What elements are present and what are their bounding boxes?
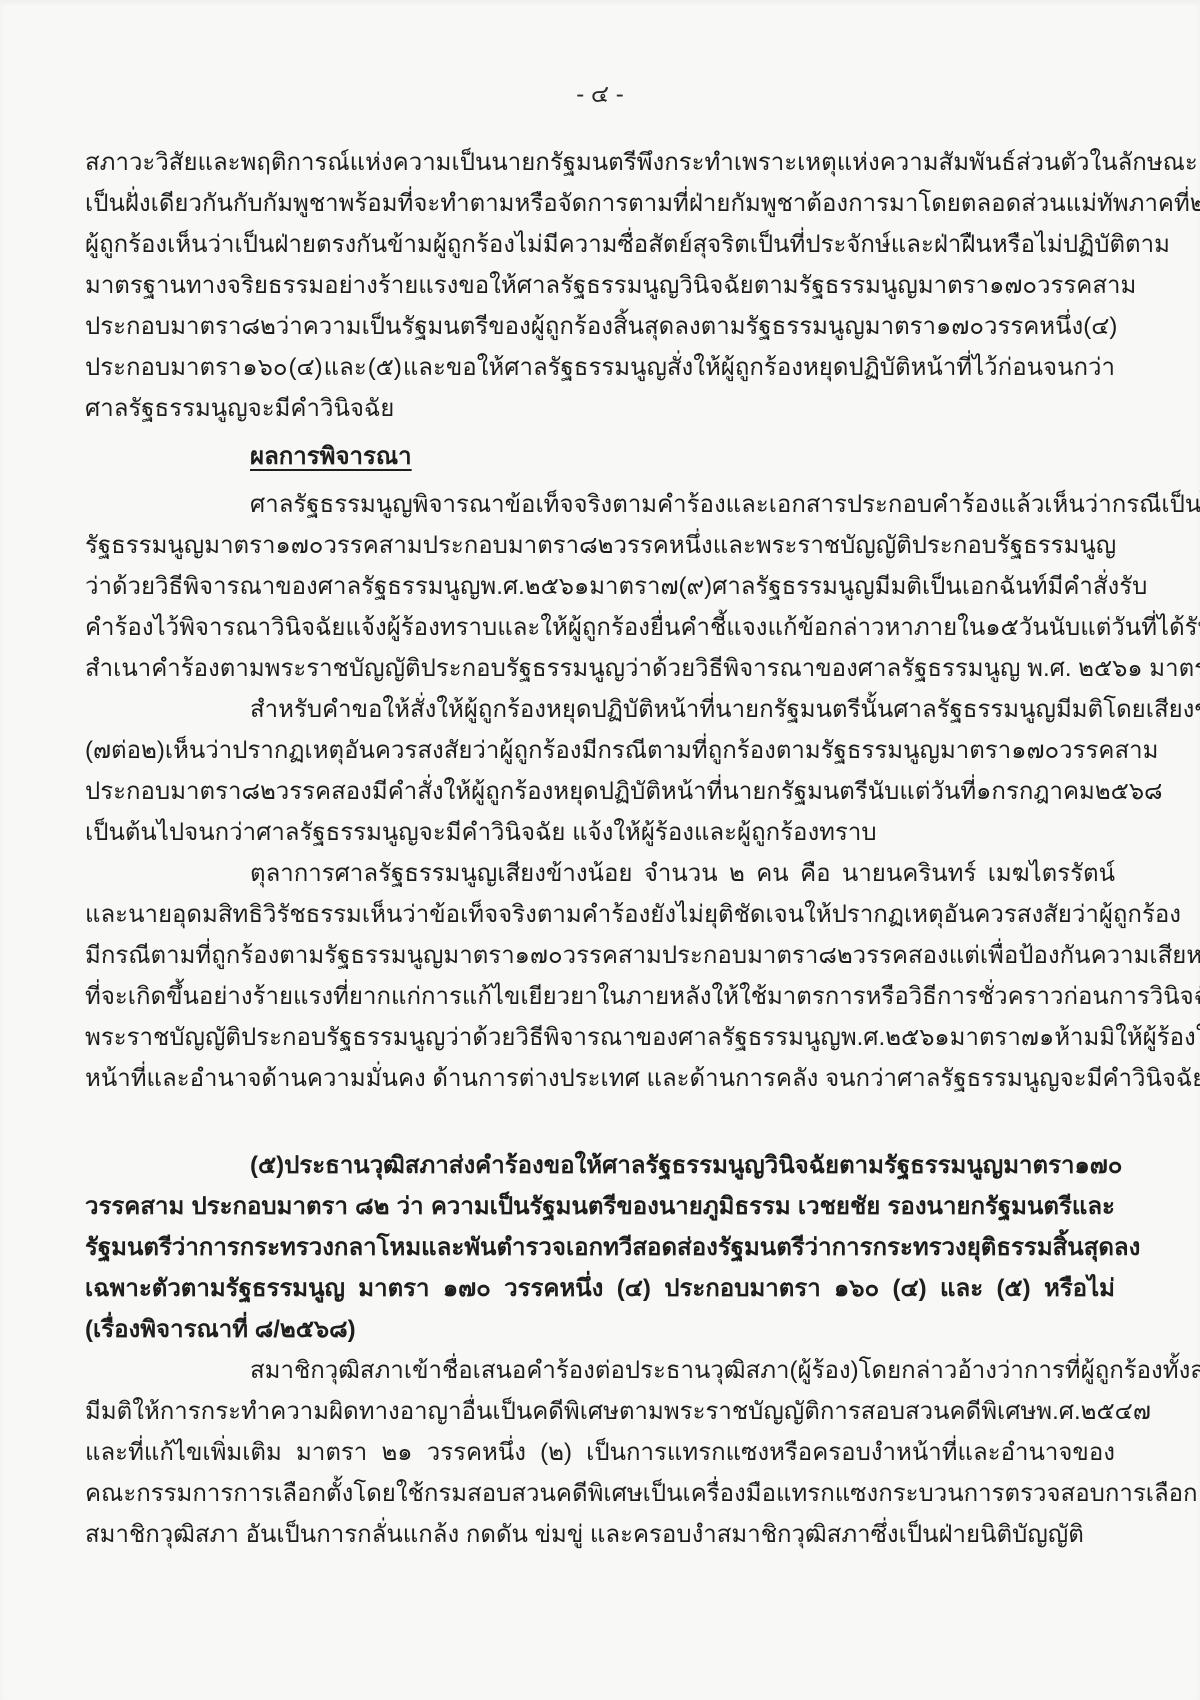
paragraph-consideration-line-1: ศาลรัฐธรรมนูญพิจารณาข้อเท็จจริงตามคำร้อง…	[85, 484, 1115, 525]
paragraph-consideration-line-2: รัฐธรรมนูญมาตรา๑๗๐วรรคสามประกอบมาตรา๘๒วร…	[85, 525, 1115, 566]
paragraph-minority-opinion-line-2: และนายอุดมสิทธิวิรัชธรรมเห็นว่าข้อเท็จจร…	[85, 894, 1115, 935]
paragraph-case-5-line-1: (๕)ประธานวุฒิสภาส่งคำร้องขอให้ศาลรัฐธรรม…	[85, 1145, 1115, 1186]
result-heading: ผลการพิจารณา	[250, 436, 1115, 477]
paragraph-suspension-order-line-2: (๗ต่อ๒)เห็นว่าปรากฏเหตุอันควรสงสัยว่าผู้…	[85, 730, 1115, 771]
page-number: - ๔ -	[85, 78, 1115, 112]
paragraph-continuation-line-6: ประกอบมาตรา๑๖๐(๔)และ(๕)และขอให้ศาลรัฐธรร…	[85, 347, 1115, 388]
paragraph-case-5: (๕)ประธานวุฒิสภาส่งคำร้องขอให้ศาลรัฐธรรม…	[85, 1145, 1115, 1350]
paragraph-senators-petition-line-5: สมาชิกวุฒิสภา อันเป็นการกลั่นแกล้ง กดดัน…	[85, 1514, 1115, 1555]
paragraph-minority-opinion-line-6: หน้าที่และอำนาจด้านความมั่นคง ด้านการต่า…	[85, 1058, 1115, 1099]
paragraph-consideration-line-4: คำร้องไว้พิจารณาวินิจฉัยแจ้งผู้ร้องทราบแ…	[85, 607, 1115, 648]
scanned-document-page: - ๔ - สภาวะวิสัยและพฤติการณ์แห่งความเป็น…	[0, 0, 1200, 1700]
paragraph-minority-opinion-line-4: ที่จะเกิดขึ้นอย่างร้ายแรงที่ยากแก่การแก้…	[85, 976, 1115, 1017]
paragraph-case-5-line-2: วรรคสามประกอบมาตรา๘๒ว่าความเป็นรัฐมนตรีข…	[85, 1186, 1115, 1227]
paragraph-senators-petition-line-2: มีมติให้การกระทำความผิดทางอาญาอื่นเป็นคด…	[85, 1391, 1115, 1432]
paragraph-continuation: สภาวะวิสัยและพฤติการณ์แห่งความเป็นนายกรั…	[85, 142, 1115, 429]
document-body: สภาวะวิสัยและพฤติการณ์แห่งความเป็นนายกรั…	[85, 142, 1115, 1555]
paragraph-senators-petition-line-1: สมาชิกวุฒิสภาเข้าชื่อเสนอคำร้องต่อประธาน…	[85, 1350, 1115, 1391]
paragraph-suspension-order: สำหรับคำขอให้สั่งให้ผู้ถูกร้องหยุดปฏิบัต…	[85, 689, 1115, 853]
paragraph-consideration-line-3: ว่าด้วยวิธีพิจารณาของศาลรัฐธรรมนูญพ.ศ.๒๕…	[85, 566, 1115, 607]
paragraph-consideration-line-5: สำเนาคำร้องตามพระราชบัญญัติประกอบรัฐธรรม…	[85, 648, 1115, 689]
paragraph-senators-petition: สมาชิกวุฒิสภาเข้าชื่อเสนอคำร้องต่อประธาน…	[85, 1350, 1115, 1555]
paragraph-case-5-line-5: (เรื่องพิจารณาที่ ๘/๒๕๖๘)	[85, 1309, 1115, 1350]
paragraph-suspension-order-line-4: เป็นต้นไปจนกว่าศาลรัฐธรรมนูญจะมีคำวินิจฉ…	[85, 812, 1115, 853]
paragraph-continuation-line-5: ประกอบมาตรา๘๒ว่าความเป็นรัฐมนตรีของผู้ถู…	[85, 306, 1115, 347]
paragraph-case-5-line-3: รัฐมนตรีว่าการกระทรวงกลาโหมและพันตำรวจเอ…	[85, 1227, 1115, 1268]
paragraph-continuation-line-2: เป็นฝั่งเดียวกันกับกัมพูชาพร้อมที่จะทำตา…	[85, 183, 1115, 224]
paragraph-continuation-line-3: ผู้ถูกร้องเห็นว่าเป็นฝ่ายตรงกันข้ามผู้ถู…	[85, 224, 1115, 265]
paragraph-senators-petition-line-3: และที่แก้ไขเพิ่มเติมมาตรา๒๑วรรคหนึ่ง(๒)เ…	[85, 1432, 1115, 1473]
paragraph-continuation-line-4: มาตรฐานทางจริยธรรมอย่างร้ายแรงขอให้ศาลรั…	[85, 265, 1115, 306]
paragraph-suspension-order-line-1: สำหรับคำขอให้สั่งให้ผู้ถูกร้องหยุดปฏิบัต…	[85, 689, 1115, 730]
paragraph-continuation-line-7: ศาลรัฐธรรมนูญจะมีคำวินิจฉัย	[85, 388, 1115, 429]
paragraph-case-5-line-4: เฉพาะตัวตามรัฐธรรมนูญมาตรา๑๗๐วรรคหนึ่ง(๔…	[85, 1268, 1115, 1309]
paragraph-senators-petition-line-4: คณะกรรมการการเลือกตั้งโดยใช้กรมสอบสวนคดี…	[85, 1473, 1115, 1514]
paragraph-minority-opinion-line-3: มีกรณีตามที่ถูกร้องตามรัฐธรรมนูญมาตรา๑๗๐…	[85, 935, 1115, 976]
paragraph-minority-opinion-line-5: พระราชบัญญัติประกอบรัฐธรรมนูญว่าด้วยวิธี…	[85, 1017, 1115, 1058]
paragraph-minority-opinion-line-1: ตุลาการศาลรัฐธรรมนูญเสียงข้างน้อยจำนวน๒ค…	[85, 853, 1115, 894]
paragraph-consideration: ศาลรัฐธรรมนูญพิจารณาข้อเท็จจริงตามคำร้อง…	[85, 484, 1115, 689]
paragraph-minority-opinion: ตุลาการศาลรัฐธรรมนูญเสียงข้างน้อยจำนวน๒ค…	[85, 853, 1115, 1099]
paragraph-continuation-line-1: สภาวะวิสัยและพฤติการณ์แห่งความเป็นนายกรั…	[85, 142, 1115, 183]
paragraph-suspension-order-line-3: ประกอบมาตรา๘๒วรรคสองมีคำสั่งให้ผู้ถูกร้อ…	[85, 771, 1115, 812]
